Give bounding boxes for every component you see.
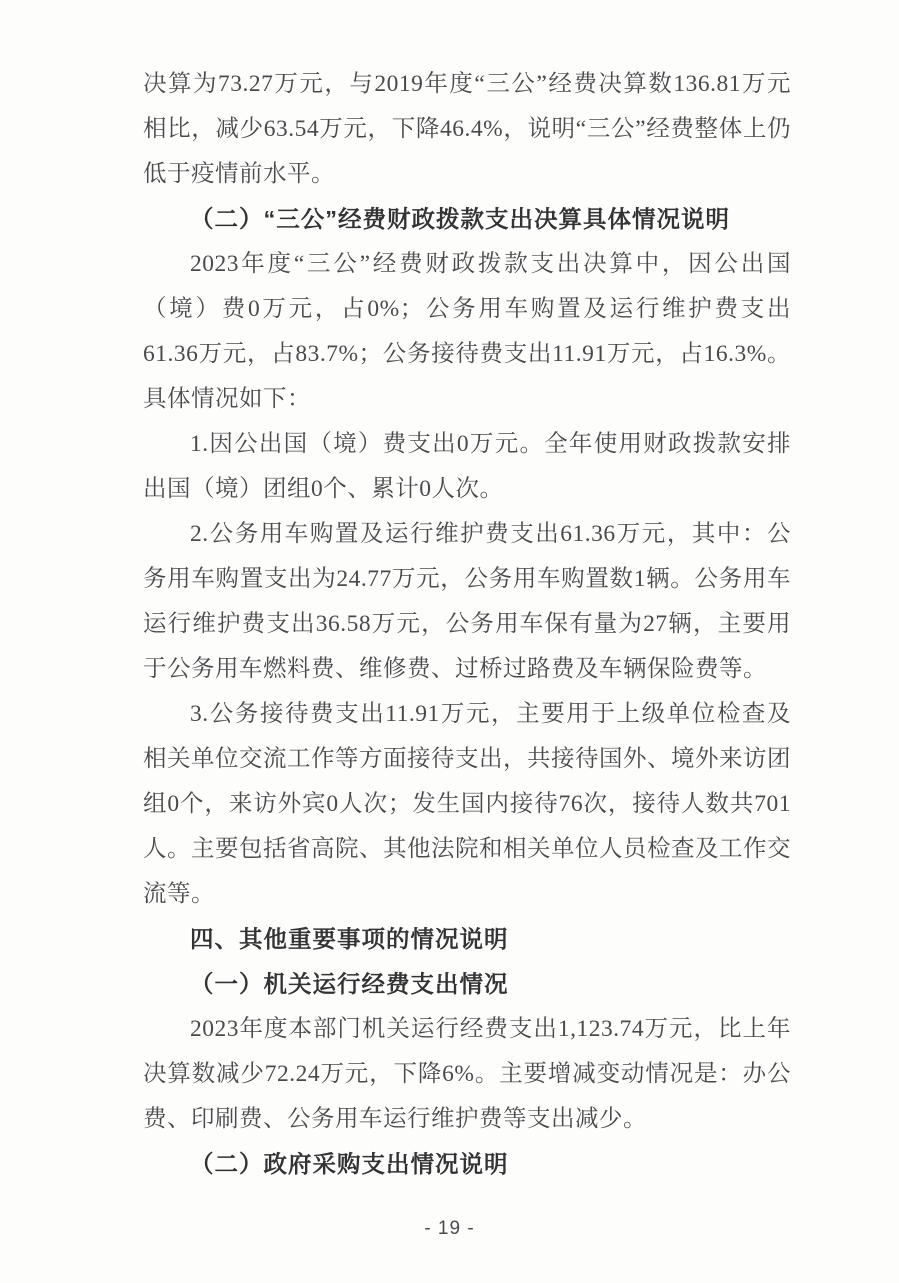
section-heading-government-procurement: （二）政府采购支出情况说明 [143, 1142, 791, 1187]
section-heading-other-important-matters: 四、其他重要事项的情况说明 [143, 917, 791, 962]
document-page: 决算为73.27万元，与2019年度“三公”经费决算数136.81万元相比，减少… [0, 0, 899, 1283]
section-heading-sangong-detail: （二）“三公”经费财政拨款支出决算具体情况说明 [143, 197, 791, 242]
paragraph-item3-reception-expense: 3.公务接待费支出11.91万元，主要用于上级单位检查及相关单位交流工作等方面接… [143, 692, 791, 917]
document-content: 决算为73.27万元，与2019年度“三公”经费决算数136.81万元相比，减少… [143, 62, 791, 1187]
paragraph-operating-expense-detail: 2023年度本部门机关运行经费支出1,123.74万元，比上年决算数减少72.2… [143, 1007, 791, 1142]
paragraph-item2-vehicle-expense: 2.公务用车购置及运行维护费支出61.36万元，其中：公务用车购置支出为24.7… [143, 512, 791, 692]
section-heading-operating-expense: （一）机关运行经费支出情况 [143, 962, 791, 1007]
paragraph-sangong-comparison: 决算为73.27万元，与2019年度“三公”经费决算数136.81万元相比，减少… [143, 62, 791, 197]
page-number: - 19 - [0, 1218, 899, 1240]
paragraph-item1-abroad-expense: 1.因公出国（境）费支出0万元。全年使用财政拨款安排出国（境）团组0个、累计0人… [143, 422, 791, 512]
paragraph-sangong-overview: 2023年度“三公”经费财政拨款支出决算中，因公出国（境）费0万元，占0%；公务… [143, 242, 791, 422]
